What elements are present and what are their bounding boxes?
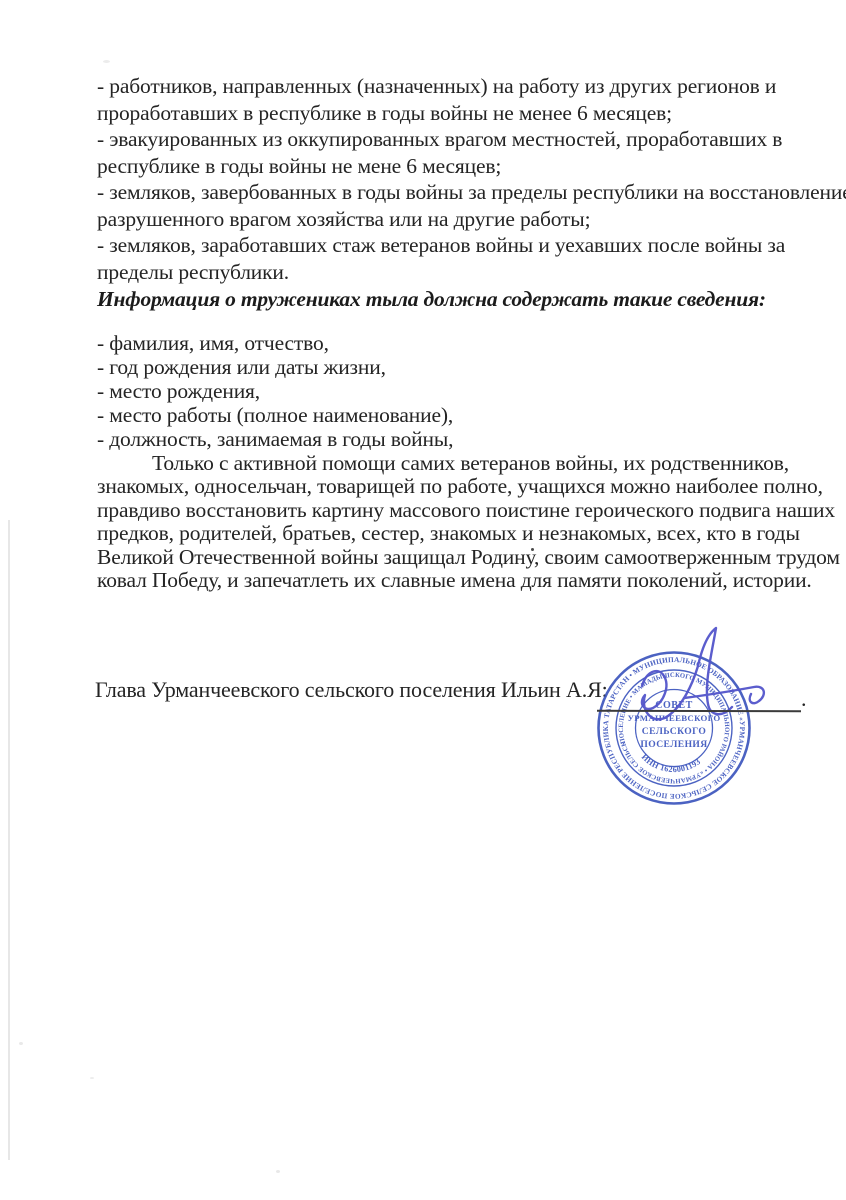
paragraph-line: знакомых, односельчан, товарищей по рабо… xyxy=(97,475,840,498)
intro-line: проработавших в республике в годы войны … xyxy=(97,100,846,127)
paragraph-line: предков, родителей, братьев, сестер, зна… xyxy=(97,522,840,545)
intro-line: - работников, направленных (назначенных)… xyxy=(97,73,846,100)
list-item: - должность, занимаемая в годы войны, xyxy=(97,427,453,451)
signatory-title: Глава Урманчеевского сельского поселения… xyxy=(95,677,608,703)
scanned-document-page: - работников, направленных (назначенных)… xyxy=(0,0,846,1200)
intro-line: - земляков, заработавших стаж ветеранов … xyxy=(97,232,846,259)
list-item: - место рождения, xyxy=(97,379,453,403)
paragraph-line: Великой Отечественной войны защищал Роди… xyxy=(97,546,840,569)
stamp-svg: РЕСПУБЛИКА ТАТАРСТАН • МУНИЦИПАЛЬНОЕ ОБР… xyxy=(554,608,794,848)
stamp-center-line: УРМАНЧЕЕВСКОГО xyxy=(628,713,721,723)
scan-speck xyxy=(276,1170,280,1173)
scan-speck xyxy=(90,1077,94,1079)
intro-line: пределы республики. xyxy=(97,259,846,286)
paragraph-line: ковал Победу, и запечатлеть их славные и… xyxy=(97,569,840,592)
official-stamp: РЕСПУБЛИКА ТАТАРСТАН • МУНИЦИПАЛЬНОЕ ОБР… xyxy=(554,608,794,848)
stamp-center-line: ПОСЕЛЕНИЯ xyxy=(640,739,707,750)
list-item: - год рождения или даты жизни, xyxy=(97,355,453,379)
section-heading: Информация о тружениках тыла должна соде… xyxy=(97,287,766,312)
list-item: - фамилия, имя, отчество, xyxy=(97,331,453,355)
scan-speck xyxy=(103,60,110,63)
list-item: - место работы (полное наименование), xyxy=(97,403,453,427)
scan-speck xyxy=(19,1042,23,1045)
intro-line: республике в годы войны не мене 6 месяце… xyxy=(97,153,846,180)
intro-line: - земляков, завербованных в годы войны з… xyxy=(97,179,846,206)
trailing-period: . xyxy=(801,686,806,712)
ink-dot-artifact xyxy=(531,548,534,551)
paragraph-line: Только с активной помощи самих ветеранов… xyxy=(97,452,840,475)
required-info-list: - фамилия, имя, отчество, - год рождения… xyxy=(97,331,453,451)
stamp-center-line: СЕЛЬСКОГО xyxy=(642,726,707,737)
scan-edge-line xyxy=(8,520,10,1160)
paragraph-line: правдиво восстановить картину массового … xyxy=(97,499,840,522)
intro-line: - эвакуированных из оккупированных враго… xyxy=(97,126,846,153)
closing-paragraph: Только с активной помощи самих ветеранов… xyxy=(97,452,840,592)
intro-line: разрушенного врагом хозяйства или на дру… xyxy=(97,206,846,233)
intro-paragraph: - работников, направленных (назначенных)… xyxy=(97,73,846,285)
